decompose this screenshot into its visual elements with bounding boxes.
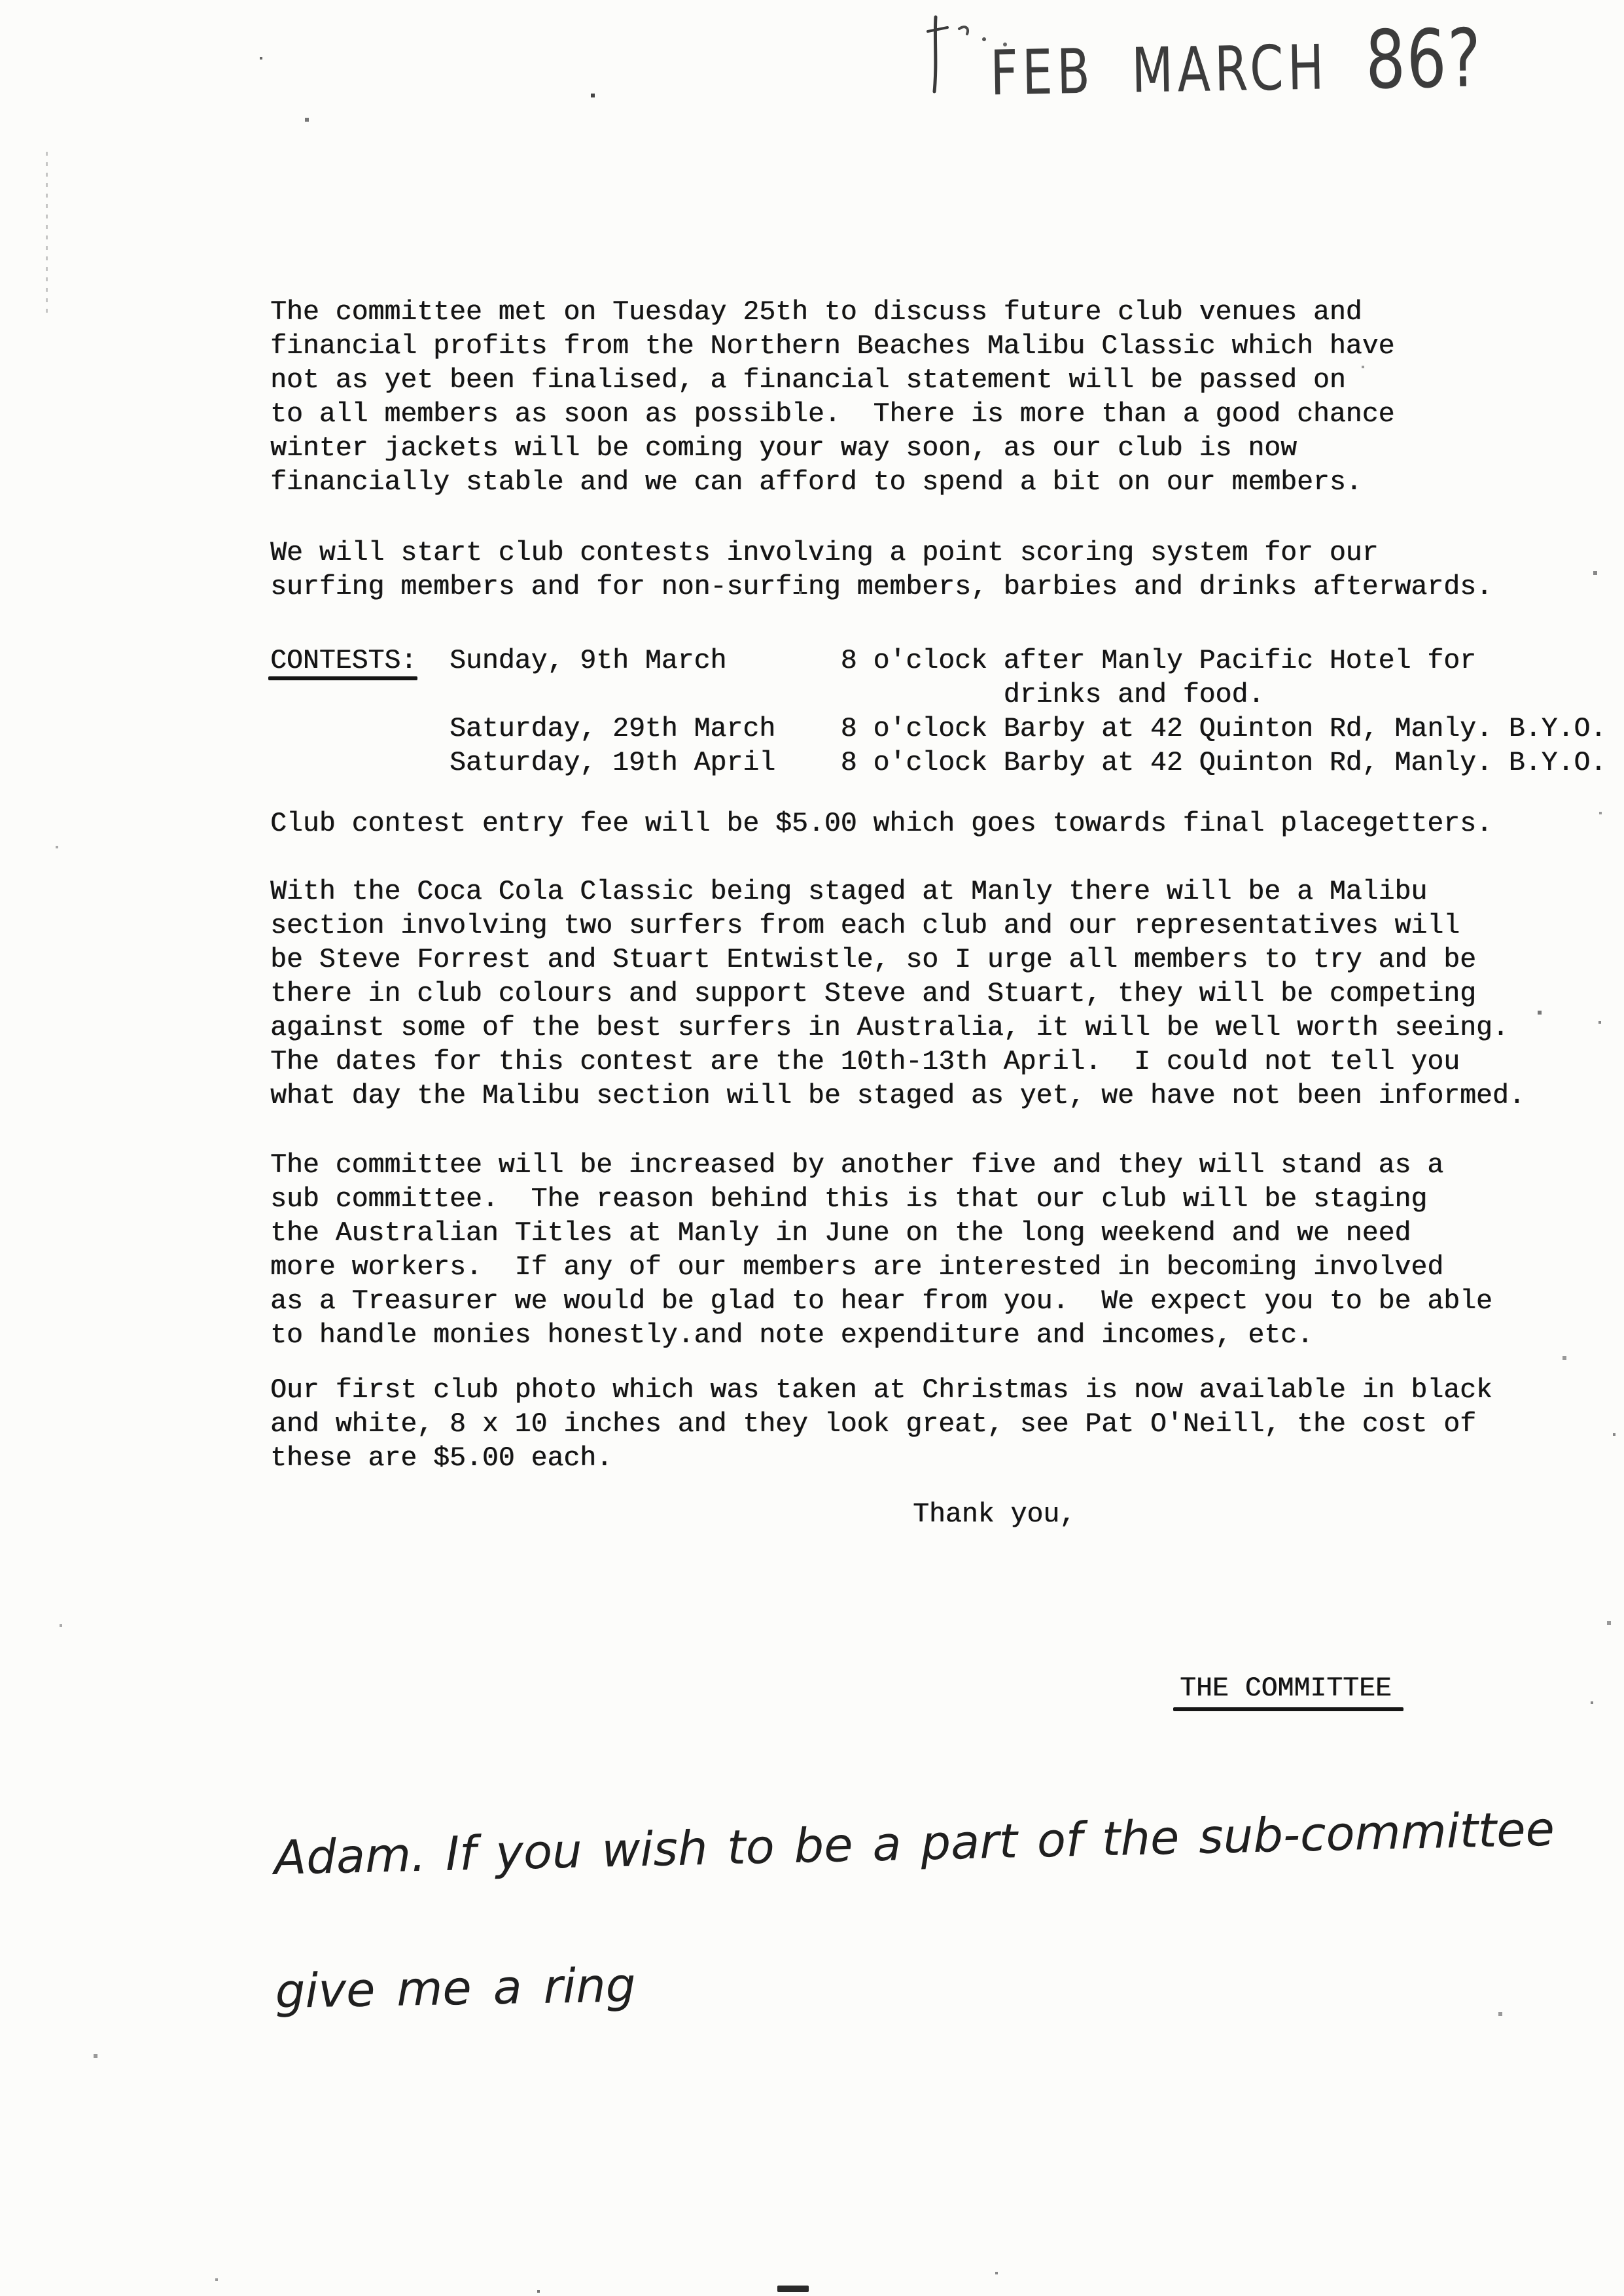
signature-the-committee: THE COMMITTEE: [1180, 1672, 1392, 1706]
closing-thank-you: Thank you,: [913, 1498, 1076, 1532]
paragraph-sub-committee: The committee will be increased by anoth…: [270, 1149, 1492, 1353]
contests-schedule: CONTESTS: Sunday, 9th March 8 o'clock af…: [270, 644, 1606, 780]
scan-artifact-dotted-line: [46, 152, 48, 315]
paragraph-club-photo: Our first club photo which was taken at …: [270, 1374, 1492, 1476]
handwritten-date-note: FEB MARCH 86?: [989, 11, 1483, 114]
signature-underline: [1173, 1707, 1403, 1711]
paragraph-club-contests: We will start club contests involving a …: [270, 536, 1492, 604]
handwritten-note-line-2: give me a ring: [275, 1957, 636, 2019]
paragraph-meeting-summary: The committee met on Tuesday 25th to dis…: [270, 296, 1394, 500]
handwritten-note-line-1: Adam. If you wish to be a part of the su…: [274, 1801, 1555, 1885]
date-note-year: 86?: [1365, 11, 1483, 107]
scan-artifact-bottom-mark: [777, 2286, 809, 2292]
scan-speckles: [0, 0, 1, 1]
date-note-words: FEB MARCH: [989, 31, 1328, 109]
paragraph-coca-cola-classic: With the Coca Cola Classic being staged …: [270, 875, 1525, 1113]
contests-heading-underline: [268, 676, 417, 680]
scanned-letter-page: FEB MARCH 86? The committee met on Tuesd…: [0, 0, 1624, 2296]
entry-fee-line: Club contest entry fee will be $5.00 whi…: [270, 807, 1492, 841]
